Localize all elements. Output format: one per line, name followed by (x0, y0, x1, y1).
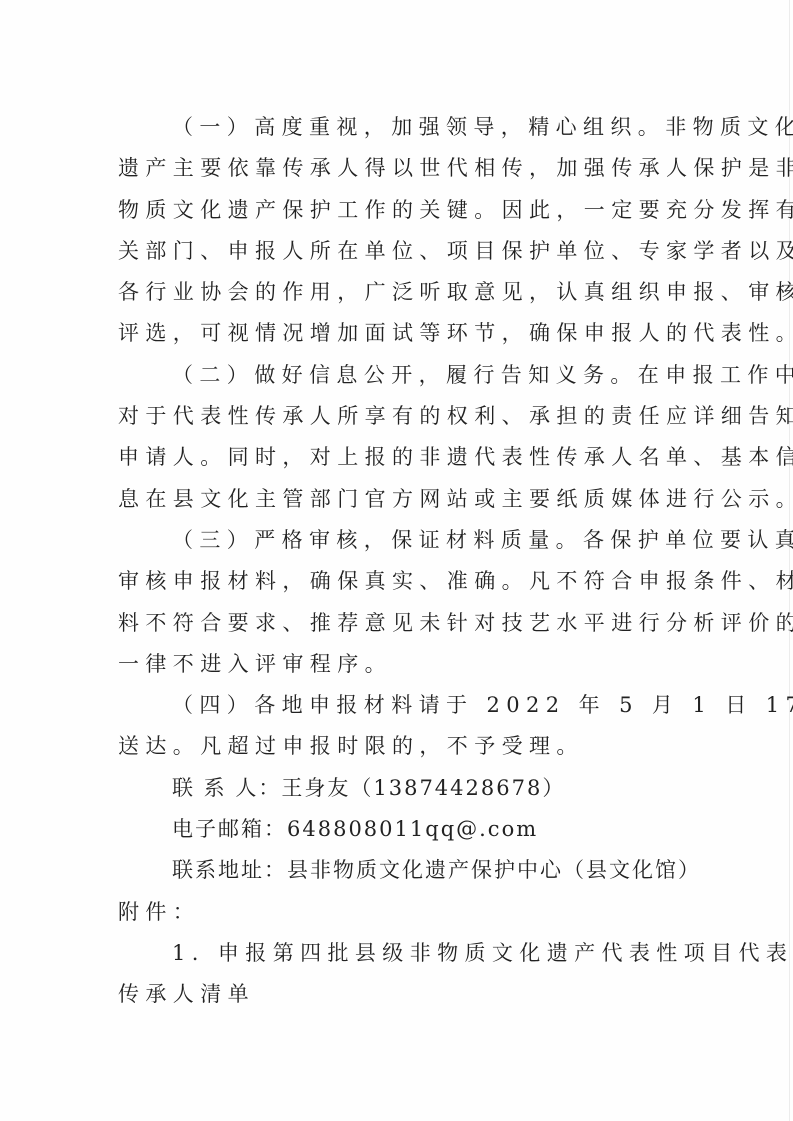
contact-block: 联 系 人：王身友（13874428678） 电子邮箱：648808011qq@… (118, 768, 674, 892)
text-line: 各行业协会的作用，广泛听取意见，认真组织申报、审核、 (118, 272, 674, 313)
section-1-paragraph: （一）高度重视，加强领导，精心组织。非物质文化 遗产主要依靠传承人得以世代相传，… (118, 107, 674, 355)
text-line: 关部门、申报人所在单位、项目保护单位、专家学者以及 (118, 231, 674, 272)
contact-email-label: 电子邮箱： (172, 817, 287, 841)
text-line: 遗产主要依靠传承人得以世代相传，加强传承人保护是非 (118, 148, 674, 189)
section-4-paragraph: （四）各地申报材料请于 2022 年 5 月 1 日 17：30 前 送达。凡超… (118, 685, 674, 768)
text-line: 料不符合要求、推荐意见未针对技艺水平进行分析评价的， (118, 603, 674, 644)
attachments-block: 附件： 1. 申报第四批县级非物质文化遗产代表性项目代表性 传承人清单 (118, 892, 674, 1016)
section-3-paragraph: （三）严格审核，保证材料质量。各保护单位要认真 审核申报材料，确保真实、准确。凡… (118, 520, 674, 685)
contact-person-value: 王身友（13874428678） (281, 776, 565, 800)
text-line: 评选，可视情况增加面试等环节，确保申报人的代表性。 (118, 313, 674, 354)
attachment-item-line: 传承人清单 (118, 974, 674, 1015)
text-line: 审核申报材料，确保真实、准确。凡不符合申报条件、材 (118, 561, 674, 602)
text-line: 对于代表性传承人所享有的权利、承担的责任应详细告知 (118, 396, 674, 437)
text-line: 申请人。同时，对上报的非遗代表性传承人名单、基本信 (118, 437, 674, 478)
text-line: （一）高度重视，加强领导，精心组织。非物质文化 (118, 107, 674, 148)
text-line: 送达。凡超过申报时限的，不予受理。 (118, 726, 674, 767)
text-line: （四）各地申报材料请于 2022 年 5 月 1 日 17：30 前 (118, 685, 674, 726)
contact-person-label: 联 系 人： (172, 776, 281, 800)
text-line: 物质文化遗产保护工作的关键。因此，一定要充分发挥有 (118, 190, 674, 231)
contact-email-value: 648808011qq@.com (287, 817, 538, 841)
contact-email-row: 电子邮箱：648808011qq@.com (118, 809, 674, 850)
document-page: （一）高度重视，加强领导，精心组织。非物质文化 遗产主要依靠传承人得以世代相传，… (0, 0, 793, 1121)
attachments-heading: 附件： (118, 892, 674, 933)
contact-address-label: 联系地址： (172, 858, 287, 882)
section-2-paragraph: （二）做好信息公开，履行告知义务。在申报工作中， 对于代表性传承人所享有的权利、… (118, 355, 674, 520)
text-line: （二）做好信息公开，履行告知义务。在申报工作中， (118, 355, 674, 396)
text-line: （三）严格审核，保证材料质量。各保护单位要认真 (118, 520, 674, 561)
attachment-item-line: 1. 申报第四批县级非物质文化遗产代表性项目代表性 (118, 933, 674, 974)
text-line: 息在县文化主管部门官方网站或主要纸质媒体进行公示。 (118, 479, 674, 520)
contact-address-value: 县非物质文化遗产保护中心（县文化馆） (287, 858, 701, 882)
contact-address-row: 联系地址：县非物质文化遗产保护中心（县文化馆） (118, 850, 674, 891)
text-line: 一律不进入评审程序。 (118, 644, 674, 685)
contact-person-row: 联 系 人：王身友（13874428678） (118, 768, 674, 809)
document-body: （一）高度重视，加强领导，精心组织。非物质文化 遗产主要依靠传承人得以世代相传，… (118, 107, 674, 1016)
